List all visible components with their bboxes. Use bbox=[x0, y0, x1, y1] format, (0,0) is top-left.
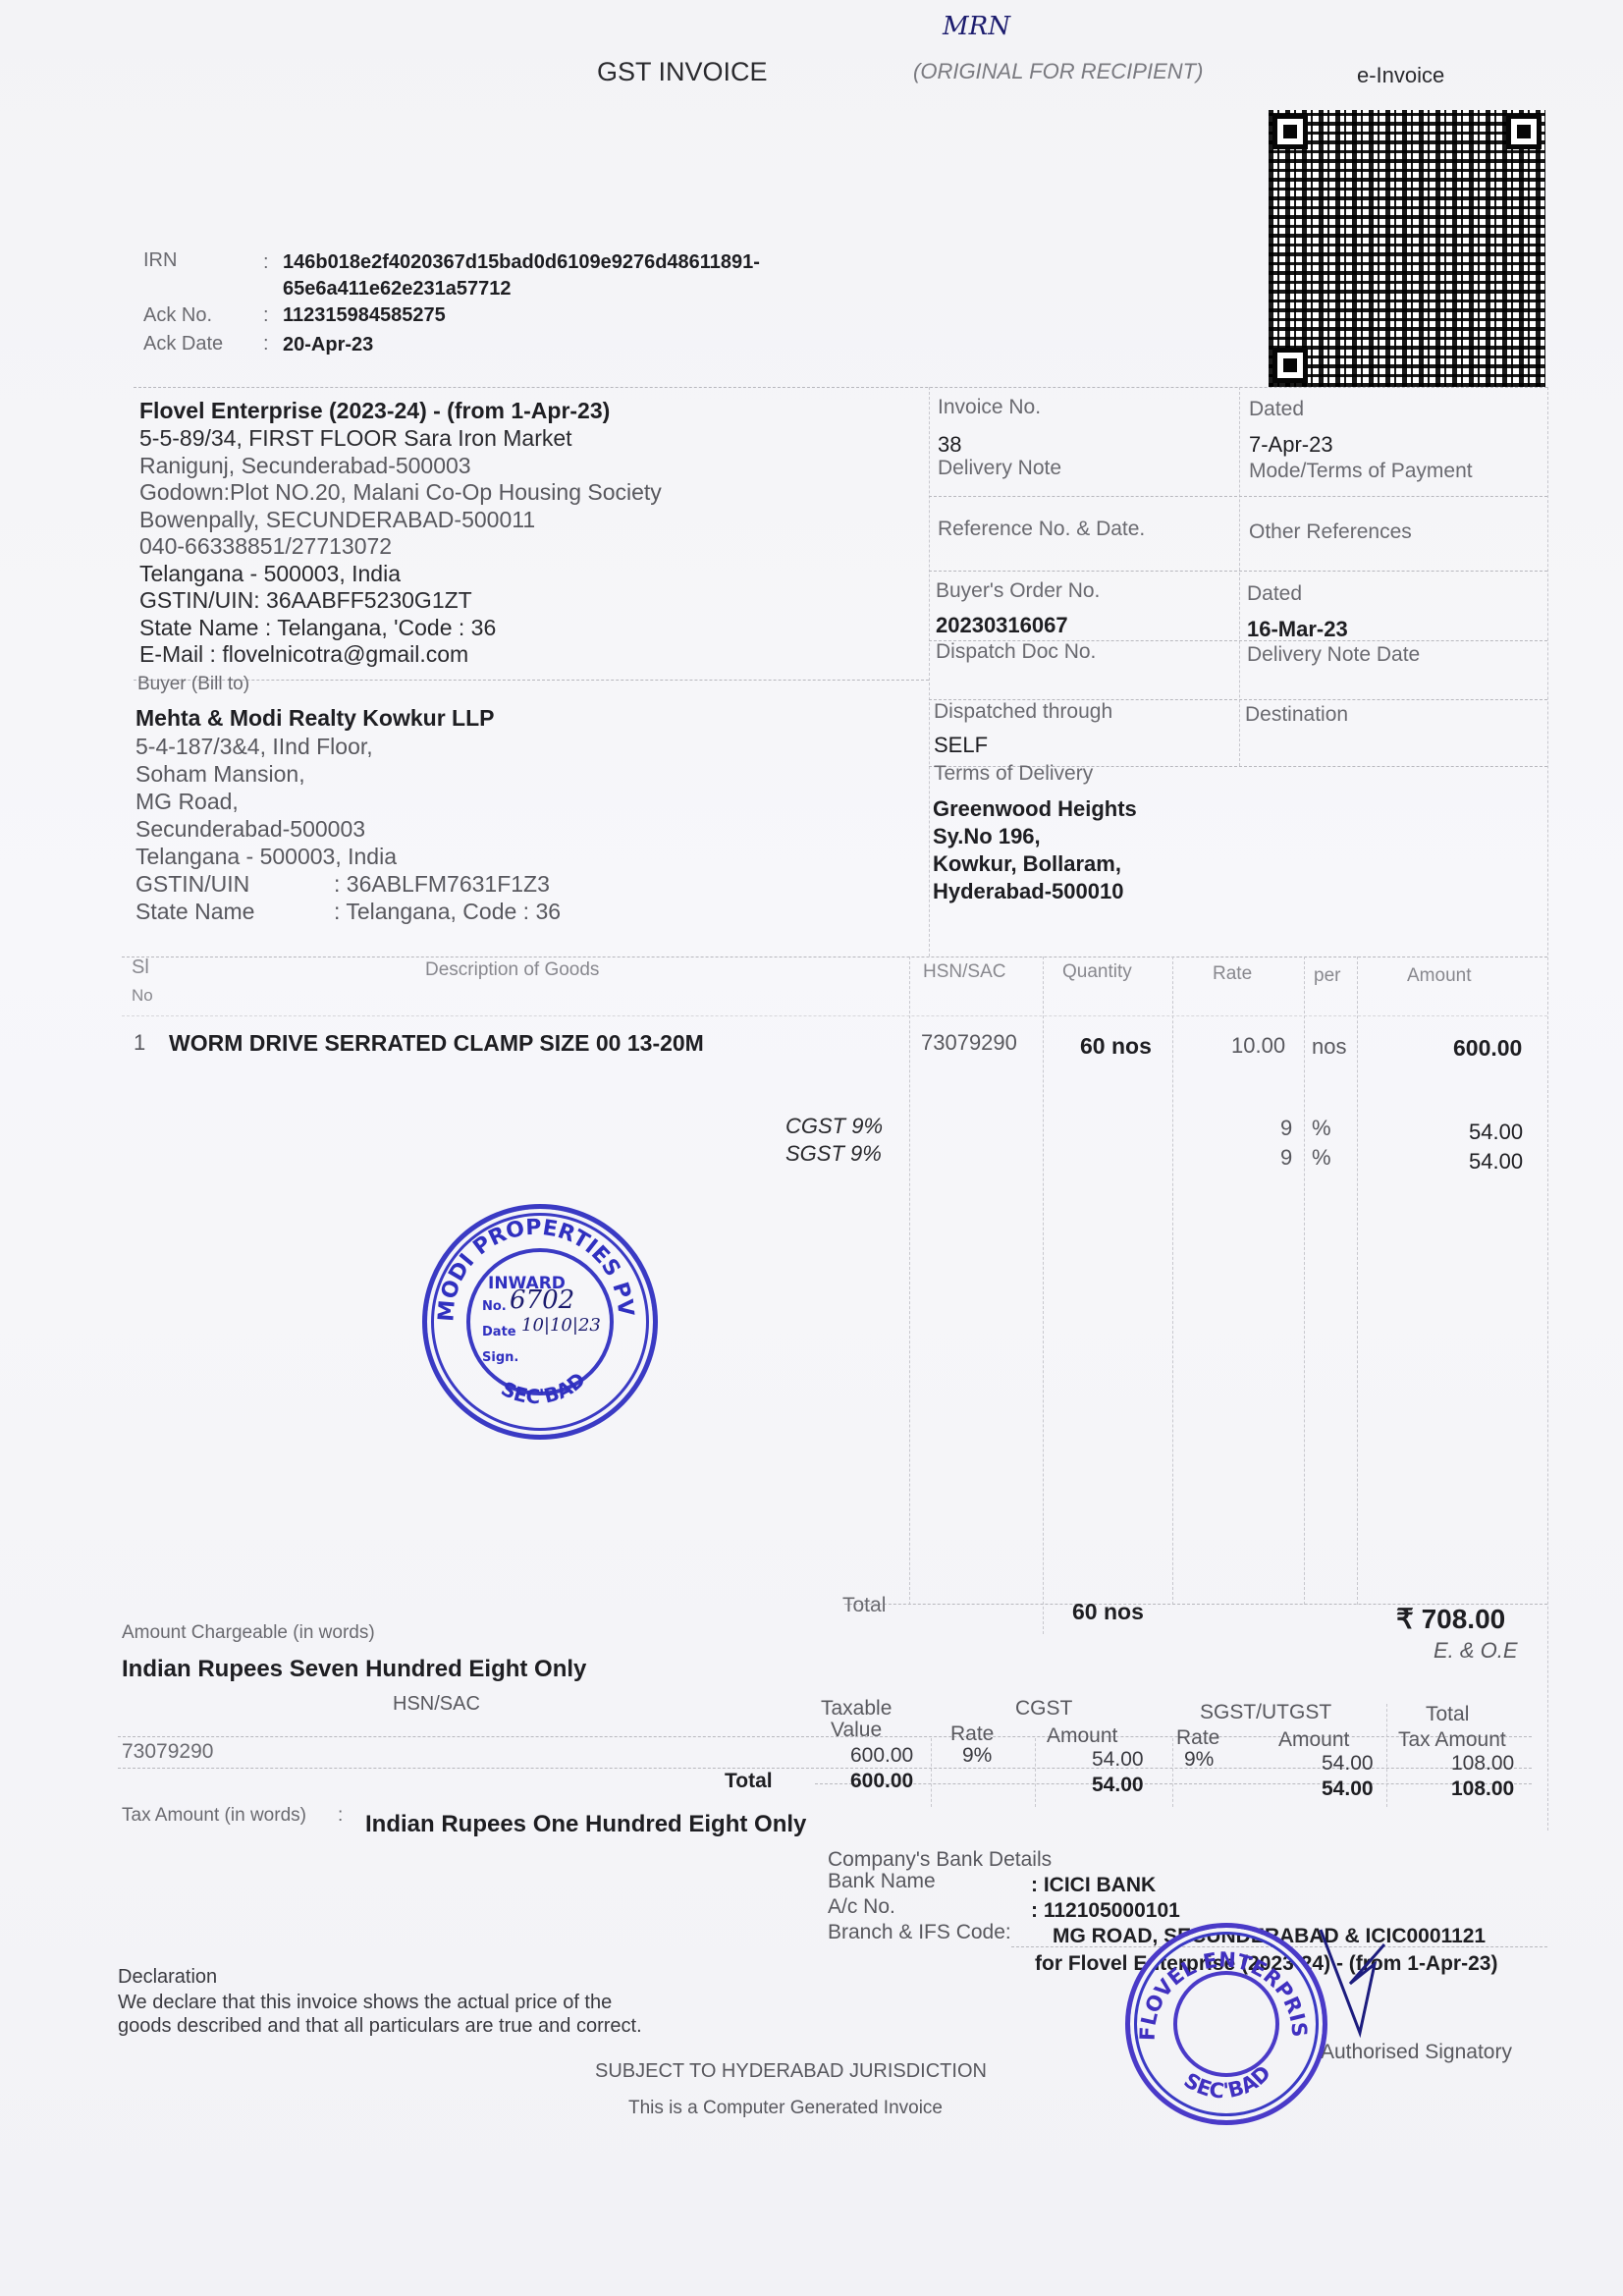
ts-total-tax: 108.00 bbox=[1451, 1777, 1514, 1801]
irn-value-line2: 65e6a411e62e231a57712 bbox=[283, 278, 511, 301]
ts-header-hsn: HSN/SAC bbox=[393, 1693, 480, 1716]
row-description: WORM DRIVE SERRATED CLAMP SIZE 00 13-20M bbox=[169, 1030, 704, 1057]
tax-line-name: SGST 9% bbox=[785, 1141, 882, 1167]
buyers-order-value: 20230316067 bbox=[936, 613, 1068, 638]
ts-header-total: Total bbox=[1426, 1703, 1469, 1726]
jurisdiction-note: SUBJECT TO HYDERABAD JURISDICTION bbox=[595, 2060, 987, 2083]
column-divider bbox=[1304, 957, 1305, 1605]
ts-header-cgst-rate: Rate bbox=[950, 1722, 994, 1746]
signature-scribble-icon bbox=[1316, 1925, 1394, 2052]
divider bbox=[134, 680, 929, 681]
ts-row-total-tax: 108.00 bbox=[1451, 1752, 1514, 1776]
row-per: nos bbox=[1312, 1034, 1346, 1060]
ts-row-cgst-amount: 54.00 bbox=[1092, 1748, 1144, 1772]
ts-total-sgst: 54.00 bbox=[1322, 1777, 1374, 1801]
seller-address-line: Telangana - 500003, India bbox=[139, 561, 662, 588]
row-amount: 600.00 bbox=[1453, 1035, 1522, 1062]
items-table-top-border bbox=[122, 957, 1547, 957]
svg-text:SEC'BAD: SEC'BAD bbox=[498, 1368, 590, 1409]
divider bbox=[1547, 387, 1548, 1831]
divider bbox=[1172, 1738, 1173, 1807]
buyer-address: 5-4-187/3&4, IInd Floor, Soham Mansion, … bbox=[135, 733, 397, 870]
delivery-note-label: Delivery Note bbox=[938, 457, 1061, 480]
irn-label: IRN bbox=[143, 249, 177, 272]
buyer-state-label: State Name bbox=[135, 898, 254, 925]
ts-header-sgst-rate: Rate bbox=[1176, 1726, 1219, 1750]
irn-separator: : bbox=[263, 251, 269, 274]
invoice-no-label: Invoice No. bbox=[938, 396, 1041, 419]
order-dated-value: 16-Mar-23 bbox=[1247, 617, 1348, 642]
ack-date-value: 20-Apr-23 bbox=[283, 334, 373, 356]
items-header-divider bbox=[122, 1015, 1547, 1016]
ts-row-cgst-rate: 9% bbox=[962, 1744, 992, 1768]
ts-row-taxable: 600.00 bbox=[850, 1744, 913, 1768]
col-header-sl: Sl bbox=[132, 957, 149, 979]
column-divider bbox=[1172, 957, 1173, 1605]
total-quantity: 60 nos bbox=[1072, 1599, 1144, 1625]
inward-stamp-icon: MODI PROPERTIES PVT. LTD. SEC'BAD INWARD… bbox=[422, 1204, 658, 1440]
ts-row-sgst-amount: 54.00 bbox=[1322, 1752, 1374, 1776]
reference-label: Reference No. & Date. bbox=[938, 518, 1145, 541]
dispatched-through-value: SELF bbox=[934, 733, 988, 758]
buyer-state: : Telangana, Code : 36 bbox=[334, 898, 561, 925]
amount-words-label: Amount Chargeable (in words) bbox=[122, 1622, 375, 1644]
declaration-line1: We declare that this invoice shows the a… bbox=[118, 1990, 612, 2015]
invoice-page: MRN GST INVOICE (ORIGINAL FOR RECIPIENT)… bbox=[0, 0, 1623, 2296]
divider bbox=[815, 1783, 1532, 1784]
delivery-note-date-label: Delivery Note Date bbox=[1247, 643, 1420, 667]
ack-no-label: Ack No. bbox=[143, 304, 212, 327]
divider bbox=[1035, 1738, 1036, 1807]
divider bbox=[929, 571, 1547, 572]
order-dated-label: Dated bbox=[1247, 582, 1302, 606]
ts-header-value: Value bbox=[831, 1719, 882, 1742]
inward-no-value: 6702 bbox=[510, 1285, 574, 1315]
account-no-value: : 112105000101 bbox=[1031, 1899, 1180, 1923]
buyer-gstin-label: GSTIN/UIN bbox=[135, 870, 249, 898]
seller-state: State Name : Telangana, 'Code : 36 bbox=[139, 615, 662, 642]
seller-email: E-Mail : flovelnicotra@gmail.com bbox=[139, 641, 662, 669]
document-title: GST INVOICE bbox=[597, 57, 768, 87]
terms-of-delivery-value: Greenwood Heights Sy.No 196, Kowkur, Bol… bbox=[933, 795, 1137, 905]
divider bbox=[118, 1768, 1532, 1769]
invoice-no-value: 38 bbox=[938, 432, 961, 458]
buyer-section-label: Buyer (Bill to) bbox=[137, 674, 249, 695]
bank-details-title: Company's Bank Details bbox=[828, 1848, 1052, 1872]
row-quantity: 60 nos bbox=[1080, 1033, 1152, 1060]
tax-line-amount: 54.00 bbox=[1469, 1120, 1523, 1145]
tax-line-amount: 54.00 bbox=[1469, 1149, 1523, 1175]
grand-total: ₹ 708.00 bbox=[1396, 1603, 1505, 1635]
divider bbox=[1386, 1704, 1387, 1807]
bank-name-label: Bank Name bbox=[828, 1870, 936, 1893]
seller-address-line: Godown:Plot NO.20, Malani Co-Op Housing … bbox=[139, 479, 662, 507]
ts-header-cgst-amount: Amount bbox=[1047, 1724, 1117, 1748]
qr-finder-pattern bbox=[1272, 114, 1308, 149]
seller-address-line: 5-5-89/34, FIRST FLOOR Sara Iron Market bbox=[139, 425, 662, 453]
ts-row-sgst-rate: 9% bbox=[1184, 1748, 1214, 1772]
dispatch-doc-label: Dispatch Doc No. bbox=[936, 640, 1096, 664]
divider bbox=[931, 1738, 932, 1807]
inward-date-value: 10|10|23 bbox=[521, 1315, 601, 1336]
tax-words-label: Tax Amount (in words) bbox=[122, 1805, 306, 1827]
ack-no-value: 112315984585275 bbox=[283, 304, 446, 327]
irn-value-line1: 146b018e2f4020367d15bad0d6109e9276d48611… bbox=[283, 251, 760, 274]
dated-label: Dated bbox=[1249, 398, 1304, 421]
ts-header-sgst-amount: Amount bbox=[1278, 1728, 1349, 1752]
seller-stamp-icon: FLOVEL ENTERPRISE SEC'BAD bbox=[1125, 1923, 1327, 2125]
col-header-per: per bbox=[1314, 965, 1340, 987]
terms-of-delivery-label: Terms of Delivery bbox=[934, 762, 1093, 786]
svg-text:FLOVEL ENTERPRISE: FLOVEL ENTERPRISE bbox=[1125, 1923, 1311, 2041]
tax-line-per: % bbox=[1312, 1145, 1331, 1171]
buyer-address-line: MG Road, bbox=[135, 788, 397, 815]
terms-of-delivery-line: Kowkur, Bollaram, bbox=[933, 850, 1137, 878]
ts-total-label: Total bbox=[725, 1770, 773, 1793]
col-header-description: Description of Goods bbox=[425, 959, 599, 981]
buyers-order-label: Buyer's Order No. bbox=[936, 579, 1100, 603]
divider bbox=[929, 496, 1547, 497]
amount-words-value: Indian Rupees Seven Hundred Eight Only bbox=[122, 1656, 586, 1683]
qr-finder-pattern bbox=[1506, 114, 1542, 149]
terms-of-delivery-line: Hyderabad-500010 bbox=[933, 878, 1137, 905]
ack-no-separator: : bbox=[263, 304, 269, 327]
account-no-label: A/c No. bbox=[828, 1895, 895, 1919]
ts-header-cgst: CGST bbox=[1015, 1697, 1072, 1721]
row-hsn: 73079290 bbox=[921, 1030, 1017, 1056]
inward-sign-label: Sign. bbox=[482, 1350, 518, 1365]
ts-header-taxable: Taxable bbox=[821, 1697, 892, 1721]
terms-of-delivery-line: Sy.No 196, bbox=[933, 823, 1137, 850]
col-header-quantity: Quantity bbox=[1062, 961, 1132, 983]
tax-words-value: Indian Rupees One Hundred Eight Only bbox=[365, 1811, 806, 1838]
eoe-label: E. & O.E bbox=[1434, 1638, 1518, 1664]
declaration-line2: goods described and that all particulars… bbox=[118, 2013, 642, 2039]
qr-finder-pattern bbox=[1272, 348, 1308, 383]
seller-address-line: 040-66338851/27713072 bbox=[139, 533, 662, 561]
tax-line-name: CGST 9% bbox=[785, 1114, 883, 1139]
payment-terms-label: Mode/Terms of Payment bbox=[1249, 460, 1473, 483]
tax-line-per: % bbox=[1312, 1116, 1331, 1141]
seller-address: 5-5-89/34, FIRST FLOOR Sara Iron Market … bbox=[139, 425, 662, 669]
copy-label: (ORIGINAL FOR RECIPIENT) bbox=[913, 59, 1203, 84]
inward-no-label: No. bbox=[482, 1299, 507, 1314]
qr-code-icon bbox=[1269, 110, 1545, 387]
seller-address-line: Bowenpally, SECUNDERABAD-500011 bbox=[139, 507, 662, 534]
divider bbox=[1239, 387, 1240, 766]
divider bbox=[134, 387, 1547, 388]
buyer-address-line: Secunderabad-500003 bbox=[135, 815, 397, 843]
seller-name: Flovel Enterprise (2023-24) - (from 1-Ap… bbox=[139, 398, 610, 424]
terms-of-delivery-line: Greenwood Heights bbox=[933, 795, 1137, 823]
branch-ifsc-label: Branch & IFS Code: bbox=[828, 1921, 1011, 1944]
col-header-no: No bbox=[132, 986, 153, 1006]
ts-header-sgst: SGST/UTGST bbox=[1200, 1701, 1331, 1724]
bank-name-value: : ICICI BANK bbox=[1031, 1874, 1156, 1897]
buyer-gstin: : 36ABLFM7631F1Z3 bbox=[334, 870, 550, 898]
column-divider bbox=[1357, 957, 1358, 1605]
ts-header-total-tax: Tax Amount bbox=[1398, 1728, 1506, 1752]
declaration-title: Declaration bbox=[118, 1964, 217, 1990]
col-header-amount: Amount bbox=[1407, 965, 1471, 987]
destination-label: Destination bbox=[1245, 703, 1348, 727]
buyer-name: Mehta & Modi Realty Kowkur LLP bbox=[135, 705, 494, 732]
col-header-hsn: HSN/SAC bbox=[923, 961, 1005, 983]
dated-value: 7-Apr-23 bbox=[1249, 432, 1333, 458]
column-divider bbox=[1043, 957, 1044, 1634]
row-sl: 1 bbox=[134, 1030, 145, 1056]
computer-generated-note: This is a Computer Generated Invoice bbox=[628, 2098, 943, 2119]
row-rate: 10.00 bbox=[1231, 1033, 1285, 1059]
ts-total-taxable: 600.00 bbox=[850, 1770, 913, 1793]
inward-date-label: Date bbox=[482, 1325, 516, 1339]
ack-date-label: Ack Date bbox=[143, 333, 223, 355]
dispatched-through-label: Dispatched through bbox=[934, 700, 1112, 724]
divider bbox=[929, 387, 930, 957]
seller-gstin: GSTIN/UIN: 36AABFF5230G1ZT bbox=[139, 587, 662, 615]
total-label: Total bbox=[842, 1594, 886, 1617]
buyer-address-line: 5-4-187/3&4, IInd Floor, bbox=[135, 733, 397, 760]
ts-total-cgst: 54.00 bbox=[1092, 1774, 1144, 1797]
buyer-address-line: Telangana - 500003, India bbox=[135, 843, 397, 870]
buyer-address-line: Soham Mansion, bbox=[135, 760, 397, 788]
einvoice-label: e-Invoice bbox=[1357, 63, 1444, 88]
svg-text:SEC'BAD: SEC'BAD bbox=[1180, 2061, 1275, 2104]
ack-date-separator: : bbox=[263, 333, 269, 355]
stamp-ring-text-icon: FLOVEL ENTERPRISE SEC'BAD bbox=[1125, 1923, 1318, 2115]
ts-row-hsn: 73079290 bbox=[122, 1740, 213, 1764]
tax-words-separator: : bbox=[338, 1805, 343, 1827]
seller-address-line: Ranigunj, Secunderabad-500003 bbox=[139, 453, 662, 480]
tax-line-rate: 9 bbox=[1280, 1145, 1292, 1171]
column-divider bbox=[909, 957, 910, 1605]
other-references-label: Other References bbox=[1249, 520, 1412, 544]
col-header-rate: Rate bbox=[1213, 963, 1252, 985]
handwritten-mrn-note: MRN bbox=[943, 12, 1010, 41]
tax-line-rate: 9 bbox=[1280, 1116, 1292, 1141]
